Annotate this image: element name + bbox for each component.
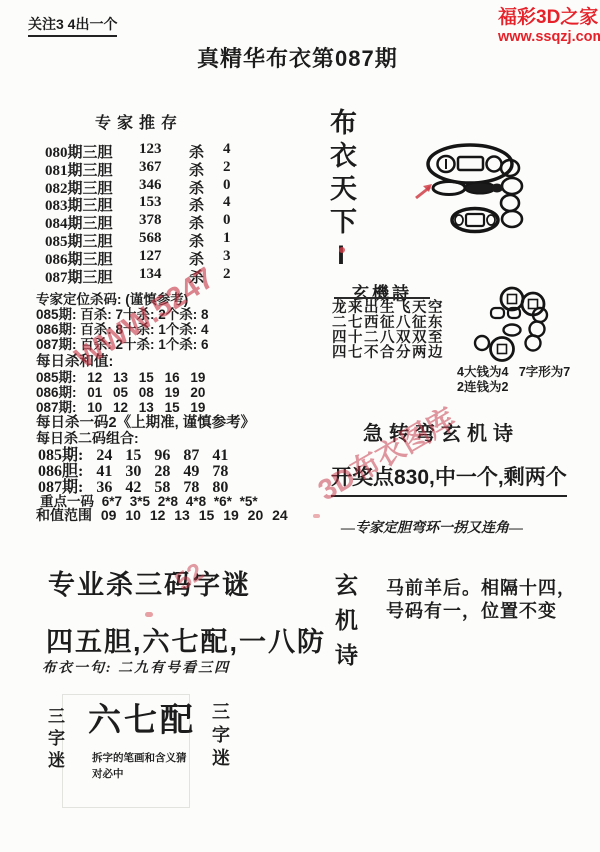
bottom-poem-line: 号码有一，位置不变 (386, 600, 557, 623)
three-char-label-left: 三字迷 (42, 707, 67, 773)
poem-line: 二七西征八征东 (332, 316, 444, 331)
three-dan-table: 080期三胆123杀4 081期三胆367杀2 082期三胆346杀0 083期… (45, 141, 243, 283)
table-row: 083期三胆153杀4 (45, 194, 243, 212)
red-dot-mark (339, 247, 345, 253)
coin-diagram-top (408, 140, 533, 240)
three-char-label-right: 三字迷 (207, 702, 233, 771)
scanned-lottery-sheet: 关注3 4出一个 福彩3D之家 www.ssqzj.com 真精华布衣第087期… (0, 0, 600, 852)
coin-caption: 2连钱为2 (457, 377, 508, 395)
kill-three-title: 专业杀三码字谜 (48, 563, 251, 602)
top-left-note: 关注3 4出一个 (28, 14, 117, 37)
bottom-poem-label: 玄机诗 (329, 573, 362, 678)
bottom-poem-line: 马前羊后。相隔十四， (386, 577, 576, 600)
table-row: 085期三胆568杀1 (45, 230, 243, 248)
site-name: 福彩3D之家 (498, 8, 600, 29)
table-row: 081期三胆367杀2 (45, 159, 243, 177)
poem-line: 四十二八双双至 (332, 331, 444, 346)
expert-recommend-header: 专家推存 (95, 110, 183, 133)
poem-line: 四七不合分两边 (332, 346, 444, 361)
poem-line: 龙来出生飞天空 (332, 301, 444, 316)
three-char-answer: 六七配 (88, 694, 196, 741)
sum-range-line: 和值范围 09 10 12 13 15 19 20 24 (36, 505, 288, 525)
site-url: www.ssqzj.com (498, 29, 600, 46)
riddle-line: 四五胆,六七配,一八防 (46, 620, 326, 659)
table-row: 082期三胆346杀0 (45, 177, 243, 195)
red-smudge (145, 612, 153, 617)
turn-poem-subline: —专家定胆弯环一拐又连角— (341, 517, 523, 537)
three-char-note: 拆字的笔画和含义猜 对必中 (92, 751, 187, 783)
coin-diagram-three-shape (455, 278, 565, 363)
turn-poem-line: 开奖点830,中一个,剩两个 (331, 461, 567, 497)
red-smudge (313, 514, 320, 518)
red-arrow-icon (416, 184, 432, 198)
buyi-one-sentence: 布衣一句: 二九有号看三四 (42, 657, 230, 677)
table-row: 086期三胆127杀3 (45, 248, 243, 266)
table-row: 080期三胆123杀4 (45, 141, 243, 159)
header-underline (334, 297, 430, 299)
turn-poem-title: 急转弯玄机诗 (363, 417, 519, 446)
page-title: 真精华布衣第087期 (197, 42, 398, 73)
table-row: 084期三胆378杀0 (45, 212, 243, 230)
table-row: 087期三胆134杀2 (45, 266, 243, 284)
site-logo: 福彩3D之家 www.ssqzj.com (498, 8, 600, 46)
